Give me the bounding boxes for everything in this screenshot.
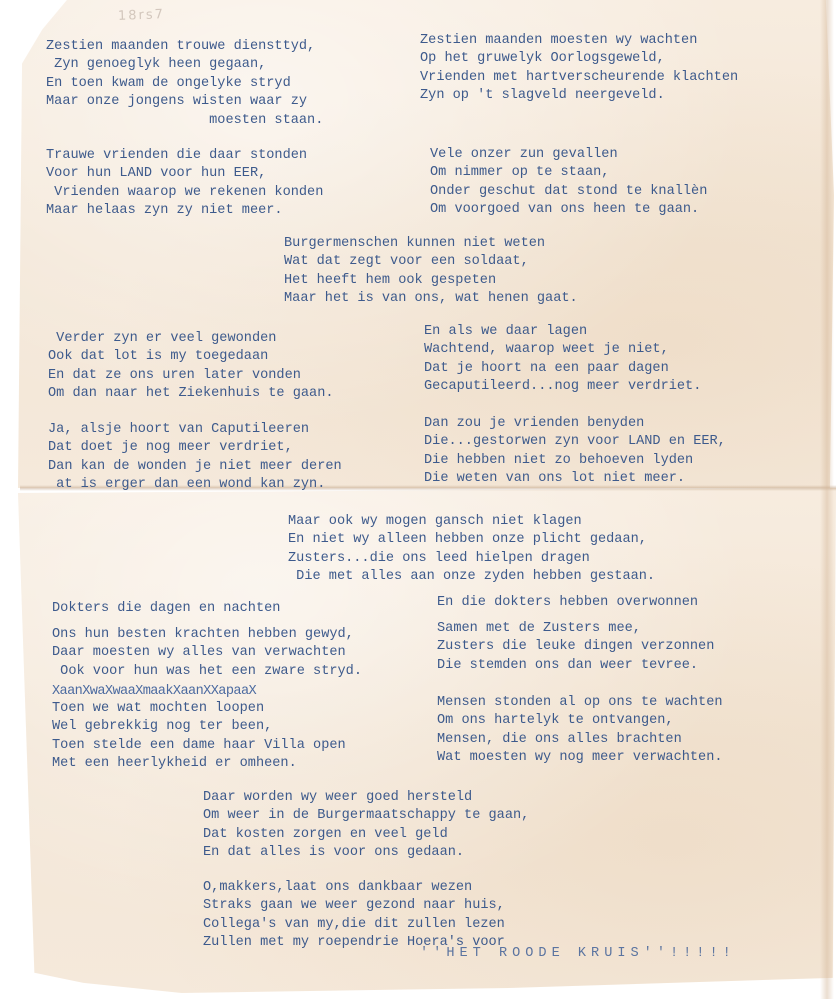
poem-line: En als we daar lagen: [424, 323, 701, 341]
poem-line: Burgermenschen kunnen niet weten: [284, 235, 578, 253]
poem-line: Dan zou je vrienden benyden: [424, 415, 726, 433]
poem-line: Die weten van ons lot niet meer.: [424, 470, 726, 488]
struck-out-line: XaanXwaXwaaXmaakXaanXXapaaX: [52, 683, 256, 701]
stanza: Dan zou je vrienden benydenDie...gestorw…: [424, 415, 726, 489]
poem-line: Zestien maanden trouwe diensttyd,: [46, 38, 323, 56]
stanza: En die dokters hebben overwonnen: [437, 594, 698, 612]
poem-line: Om voorgoed van ons heen te gaan.: [430, 201, 707, 219]
poem-line: Collega's van my,die dit zullen lezen: [203, 916, 505, 934]
poem-line: Mensen stonden al op ons te wachten: [437, 694, 723, 712]
poem-line: Die met alles aan onze zyden hebben gest…: [288, 568, 655, 586]
stanza: Toen we wat mochten loopenWel gebrekkig …: [52, 700, 346, 774]
poem-line: Verder zyn er veel gewonden: [48, 330, 334, 348]
poem-line: Die hebben niet zo behoeven lyden: [424, 452, 726, 470]
closing-line: ''HET ROODE KRUIS''!!!!!: [420, 946, 736, 961]
poem-line: Wat moesten wy nog meer verwachten.: [437, 749, 723, 767]
poem-line: O,makkers,laat ons dankbaar wezen: [203, 879, 505, 897]
stanza: Burgermenschen kunnen niet wetenWat dat …: [284, 235, 578, 309]
stanza: Zestien maanden trouwe diensttyd, Zyn ge…: [46, 38, 323, 130]
poem-line: Op het gruwelyk Oorlogsgeweld,: [420, 50, 738, 68]
stanza: Trauwe vrienden die daar stondenVoor hun…: [46, 147, 323, 221]
poem-line: Dan kan de wonden je niet meer deren: [48, 458, 342, 476]
poem-line: Daar moesten wy alles van verwachten: [52, 644, 362, 662]
poem-line: Ons hun besten krachten hebben gewyd,: [52, 626, 362, 644]
poem-line: Wel gebrekkig nog ter been,: [52, 718, 346, 736]
poem-line: Maar ook wy mogen gansch niet klagen: [288, 513, 655, 531]
poem-line: En dat alles is voor ons gedaan.: [203, 844, 529, 862]
poem-line: Zusters die leuke dingen verzonnen: [437, 638, 714, 656]
poem-line: Wachtend, waarop weet je niet,: [424, 341, 701, 359]
stanza: Zestien maanden moesten wy wachtenOp het…: [420, 32, 738, 106]
poem-line: Dokters die dagen en nachten: [52, 600, 280, 618]
poem-line: Gecaputileerd...nog meer verdriet.: [424, 378, 701, 396]
poem-line: Om weer in de Burgermaatschappy te gaan,: [203, 807, 529, 825]
stanza: Verder zyn er veel gewondenOok dat lot i…: [48, 330, 334, 404]
poem-line: Wat dat zegt voor een soldaat,: [284, 253, 578, 271]
stanza: Vele onzer zun gevallenOm nimmer op te s…: [430, 146, 707, 220]
poem-line: Om ons hartelyk te ontvangen,: [437, 712, 723, 730]
poem-line: Toen we wat mochten loopen: [52, 700, 346, 718]
poem-line: Zusters...die ons leed hielpen dragen: [288, 550, 655, 568]
poem-line: Maar onze jongens wisten waar zy: [46, 93, 323, 111]
poem-line: Om dan naar het Ziekenhuis te gaan.: [48, 385, 334, 403]
stanza: Daar worden wy weer goed hersteldOm weer…: [203, 789, 529, 863]
poem-line: Samen met de Zusters mee,: [437, 620, 714, 638]
paper-edge: [820, 0, 834, 999]
poem-line: Dat doet je nog meer verdriet,: [48, 439, 342, 457]
poem-line: Vrienden waarop we rekenen konden: [46, 184, 323, 202]
poem-line: Om nimmer op te staan,: [430, 164, 707, 182]
stanza: En als we daar lagenWachtend, waarop wee…: [424, 323, 701, 397]
poem-line: Vrienden met hartverscheurende klachten: [420, 69, 738, 87]
poem-line: Die stemden ons dan weer tevree.: [437, 657, 714, 675]
poem-line: Mensen, die ons alles brachten: [437, 731, 723, 749]
poem-line: Met een heerlykheid er omheen.: [52, 755, 346, 773]
poem-line: Het heeft hem ook gespeten: [284, 272, 578, 290]
poem-line: En niet wy alleen hebben onze plicht ged…: [288, 531, 655, 549]
stanza: Ons hun besten krachten hebben gewyd,Daa…: [52, 626, 362, 681]
poem-line: Vele onzer zun gevallen: [430, 146, 707, 164]
poem-line: Maar het is van ons, wat henen gaat.: [284, 290, 578, 308]
poem-line: Toen stelde een dame haar Villa open: [52, 737, 346, 755]
document-page: 18rs7 Zestien maanden trouwe diensttyd, …: [0, 0, 840, 999]
poem-line: Zestien maanden moesten wy wachten: [420, 32, 738, 50]
poem-line: Daar worden wy weer goed hersteld: [203, 789, 529, 807]
poem-line: moesten staan.: [46, 112, 323, 130]
poem-line: at is erger dan een wond kan zyn.: [48, 476, 342, 494]
poem-line: Zyn genoeglyk heen gegaan,: [46, 56, 323, 74]
stanza: Ja, alsje hoort van CaputileerenDat doet…: [48, 421, 342, 495]
poem-line: Zyn op 't slagveld neergeveld.: [420, 87, 738, 105]
stanza: Mensen stonden al op ons te wachtenOm on…: [437, 694, 723, 768]
poem-line: XaanXwaXwaaXmaakXaanXXapaaX: [52, 683, 256, 701]
poem-line: En die dokters hebben overwonnen: [437, 594, 698, 612]
poem-line: Onder geschut dat stond te knallèn: [430, 183, 707, 201]
poem-line: Ook voor hun was het een zware stryd.: [52, 663, 362, 681]
poem-line: Dat je hoort na een paar dagen: [424, 360, 701, 378]
pencil-note: 18rs7: [118, 7, 165, 24]
poem-line: Die...gestorwen zyn voor LAND en EER,: [424, 433, 726, 451]
poem-line: Maar helaas zyn zy niet meer.: [46, 202, 323, 220]
poem-line: Straks gaan we weer gezond naar huis,: [203, 897, 505, 915]
poem-line: Ook dat lot is my toegedaan: [48, 348, 334, 366]
stanza: Samen met de Zusters mee,Zusters die leu…: [437, 620, 714, 675]
poem-line: Dat kosten zorgen en veel geld: [203, 826, 529, 844]
poem-line: En toen kwam de ongelyke stryd: [46, 75, 323, 93]
poem-line: Voor hun LAND voor hun EER,: [46, 165, 323, 183]
poem-line: En dat ze ons uren later vonden: [48, 367, 334, 385]
poem-line: Trauwe vrienden die daar stonden: [46, 147, 323, 165]
poem-line: Ja, alsje hoort van Caputileeren: [48, 421, 342, 439]
stanza: Dokters die dagen en nachten: [52, 600, 280, 618]
stanza: Maar ook wy mogen gansch niet klagenEn n…: [288, 513, 655, 587]
stanza: O,makkers,laat ons dankbaar wezenStraks …: [203, 879, 505, 953]
